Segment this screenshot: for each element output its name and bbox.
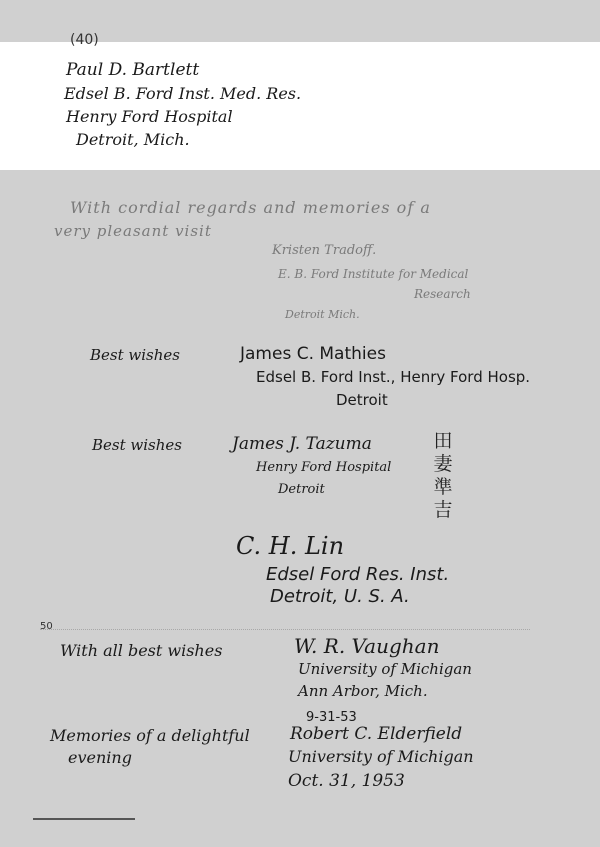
affiliation-line: University of Michigan xyxy=(298,662,472,677)
location-line: Detroit xyxy=(336,393,388,408)
signature-name: James J. Tazuma xyxy=(232,436,372,453)
signature-name: C. H. Lin xyxy=(236,534,344,558)
location-line: Detroit xyxy=(278,483,325,496)
kanji-char: 田 xyxy=(430,430,456,453)
date-line: Oct. 31, 1953 xyxy=(288,773,405,790)
affiliation-line: University of Michigan xyxy=(288,749,474,765)
affiliation-line: Edsel B. Ford Inst., Henry Ford Hosp. xyxy=(256,370,530,385)
affiliation-line: Henry Ford Hospital xyxy=(256,461,391,474)
affiliation-line: Research xyxy=(414,288,471,300)
signature-name: Paul D. Bartlett xyxy=(66,62,199,79)
message-line: With cordial regards and memories of a xyxy=(70,200,431,216)
date-note: 9-31-53 xyxy=(306,711,357,724)
location-line: Ann Arbor, Mich. xyxy=(298,684,428,699)
signature-name: James C. Mathies xyxy=(240,346,386,363)
location-line: Detroit, U. S. A. xyxy=(270,588,410,606)
signature-name: Kristen Tradoff. xyxy=(272,244,376,257)
message-line: very pleasant visit xyxy=(54,224,212,239)
affiliation-line: Henry Ford Hospital xyxy=(66,109,233,125)
message-line: evening xyxy=(68,750,132,766)
location-line: Detroit Mich. xyxy=(285,309,360,320)
japanese-signature: 田 妻 準 吉 xyxy=(430,430,456,522)
kanji-char: 吉 xyxy=(430,499,456,522)
footnote-rule xyxy=(33,818,135,820)
signature-name: W. R. Vaughan xyxy=(294,636,439,656)
kanji-char: 妻 xyxy=(430,453,456,476)
dotted-rule xyxy=(40,629,530,630)
location-line: Detroit, Mich. xyxy=(76,132,190,148)
affiliation-line: Edsel Ford Res. Inst. xyxy=(266,566,449,584)
message-line: Best wishes xyxy=(90,348,180,363)
kanji-char: 準 xyxy=(430,476,456,499)
affiliation-line: Edsel B. Ford Inst. Med. Res. xyxy=(64,86,301,102)
margin-number: 50 xyxy=(40,622,53,632)
message-line: Best wishes xyxy=(92,438,182,453)
affiliation-line: E. B. Ford Institute for Medical xyxy=(278,268,468,280)
message-line: With all best wishes xyxy=(60,643,222,659)
signature-name: Robert C. Elderfield xyxy=(290,726,462,743)
message-line: Memories of a delightful xyxy=(50,728,250,744)
page-number: (40) xyxy=(70,33,99,47)
